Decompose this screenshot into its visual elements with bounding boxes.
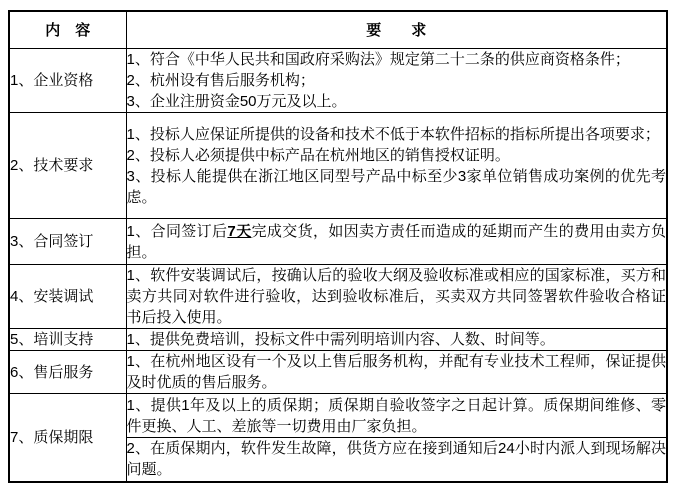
row-requirements: 1、在杭州地区设有一个及以上售后服务机构，并配有专业技术工程师，保证提供及时优质… bbox=[126, 351, 667, 394]
requirement-item: 1、在杭州地区设有一个及以上售后服务机构，并配有专业技术工程师，保证提供及时优质… bbox=[127, 351, 667, 393]
row-enterprise-qualification: 1、企业资格 1、符合《中华人民共和国政府采购法》规定第二十二条的供应商资格条件… bbox=[9, 49, 667, 113]
row-requirements: 1、提供免费培训，投标文件中需列明培训内容、人数、时间等。 bbox=[126, 329, 667, 351]
requirement-item: 1、符合《中华人民共和国政府采购法》规定第二十二条的供应商资格条件； bbox=[127, 49, 667, 70]
row-label: 3、合同签订 bbox=[9, 219, 126, 265]
requirement-item: 1、投标人应保证所提供的设备和技术不低于本软件招标的指标所提出各项要求； bbox=[127, 124, 667, 145]
row-label: 2、技术要求 bbox=[9, 113, 126, 219]
row-label: 1、企业资格 bbox=[9, 49, 126, 113]
delivery-days-emphasis: 7天 bbox=[227, 223, 251, 240]
requirement-item: 2、杭州设有售后服务机构； bbox=[127, 70, 667, 91]
row-technical-requirements: 2、技术要求 1、投标人应保证所提供的设备和技术不低于本软件招标的指标所提出各项… bbox=[9, 113, 667, 219]
row-warranty-period: 7、质保期限 1、提供1年及以上的质保期；质保期自验收签字之日起计算。质保期间维… bbox=[9, 394, 667, 438]
row-requirements: 1、投标人应保证所提供的设备和技术不低于本软件招标的指标所提出各项要求； 2、投… bbox=[126, 113, 667, 219]
requirement-item: 1、合同签订后7天完成交货，如因卖方责任而造成的延期而产生的费用由卖方负担。 bbox=[127, 221, 667, 263]
row-label: 5、培训支持 bbox=[9, 329, 126, 351]
header-requirement: 要 求 bbox=[126, 11, 667, 49]
row-installation-commissioning: 4、安装调试 1、软件安装调试后，按确认后的验收大纲及验收标准或相应的国家标准，… bbox=[9, 265, 667, 329]
row-label: 7、质保期限 bbox=[9, 394, 126, 482]
row-contract-signing: 3、合同签订 1、合同签订后7天完成交货，如因卖方责任而造成的延期而产生的费用由… bbox=[9, 219, 667, 265]
requirement-item: 1、提供免费培训，投标文件中需列明培训内容、人数、时间等。 bbox=[127, 329, 667, 350]
requirement-item: 2、投标人必须提供中标产品在杭州地区的销售授权证明。 bbox=[127, 145, 667, 166]
row-requirements: 1、软件安装调试后，按确认后的验收大纲及验收标准或相应的国家标准，买方和卖方共同… bbox=[126, 265, 667, 329]
row-after-sales-service: 6、售后服务 1、在杭州地区设有一个及以上售后服务机构，并配有专业技术工程师，保… bbox=[9, 351, 667, 394]
row-requirements: 1、符合《中华人民共和国政府采购法》规定第二十二条的供应商资格条件； 2、杭州设… bbox=[126, 49, 667, 113]
requirement-item: 2、在质保期内，软件发生故障，供货方应在接到通知后24小时内派人到现场解决问题。 bbox=[127, 438, 667, 480]
requirements-table: 内 容 要 求 1、企业资格 1、符合《中华人民共和国政府采购法》规定第二十二条… bbox=[8, 10, 668, 483]
requirement-item: 3、企业注册资金50万元及以上。 bbox=[127, 91, 667, 112]
header-content: 内 容 bbox=[9, 11, 126, 49]
document-page: 内 容 要 求 1、企业资格 1、符合《中华人民共和国政府采购法》规定第二十二条… bbox=[0, 0, 673, 487]
row-training-support: 5、培训支持 1、提供免费培训，投标文件中需列明培训内容、人数、时间等。 bbox=[9, 329, 667, 351]
requirement-item: 1、软件安装调试后，按确认后的验收大纲及验收标准或相应的国家标准，买方和卖方共同… bbox=[127, 265, 667, 328]
header-row: 内 容 要 求 bbox=[9, 11, 667, 49]
requirement-item: 3、投标人能提供在浙江地区同型号产品中标至少3家单位销售成功案例的优先考虑。 bbox=[127, 166, 667, 208]
row-label: 6、售后服务 bbox=[9, 351, 126, 394]
row-requirements: 1、合同签订后7天完成交货，如因卖方责任而造成的延期而产生的费用由卖方负担。 bbox=[126, 219, 667, 265]
row-requirements: 2、在质保期内，软件发生故障，供货方应在接到通知后24小时内派人到现场解决问题。 bbox=[126, 438, 667, 482]
requirement-item: 1、提供1年及以上的质保期；质保期自验收签字之日起计算。质保期间维修、零件更换、… bbox=[127, 395, 667, 437]
row-requirements: 1、提供1年及以上的质保期；质保期自验收签字之日起计算。质保期间维修、零件更换、… bbox=[126, 394, 667, 438]
requirement-text-pre: 1、合同签订后 bbox=[127, 223, 228, 240]
row-label: 4、安装调试 bbox=[9, 265, 126, 329]
